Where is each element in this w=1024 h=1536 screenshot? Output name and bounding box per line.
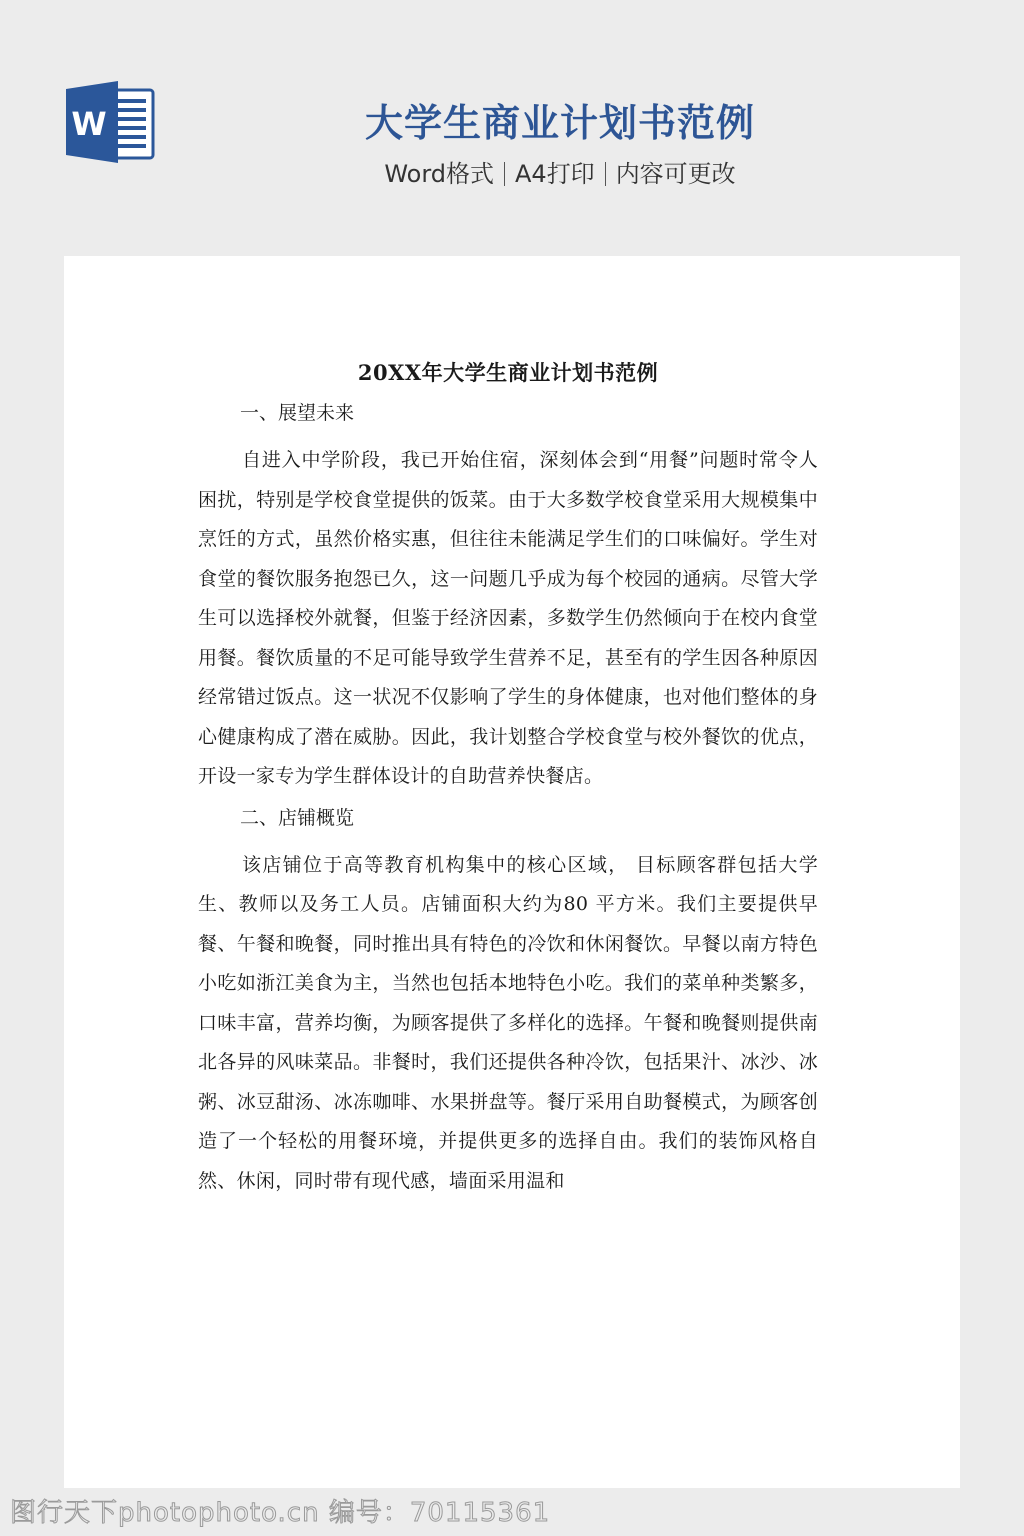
- section-heading: 二、店铺概览: [198, 803, 818, 833]
- subtitle-editable: 内容可更改: [616, 160, 736, 188]
- subtitle-divider: [504, 162, 505, 186]
- section-paragraph: 自进入中学阶段，我已开始住宿，深刻体会到“用餐”问题时常令人困扰，特别是学校食堂…: [198, 441, 818, 797]
- subtitle-format: Word格式: [384, 160, 494, 188]
- document-page: 20XX年大学生商业计划书范例 一、展望未来 自进入中学阶段，我已开始住宿，深刻…: [64, 256, 960, 1488]
- subtitle-print: A4打印: [515, 160, 595, 188]
- section-heading: 一、展望未来: [198, 398, 818, 428]
- svg-text:W: W: [71, 105, 106, 143]
- subtitle-divider: [605, 162, 606, 186]
- document-title: 20XX年大学生商业计划书范例: [198, 358, 818, 388]
- header-title: 大学生商业计划书范例: [340, 92, 780, 147]
- word-document-icon: W: [64, 80, 156, 164]
- header-subtitle: Word格式A4打印内容可更改: [340, 154, 780, 189]
- section-paragraph: 该店铺位于高等教育机构集中的核心区域， 目标顾客群包括大学生、教师以及务工人员。…: [198, 846, 818, 1202]
- document-body: 20XX年大学生商业计划书范例 一、展望未来 自进入中学阶段，我已开始住宿，深刻…: [198, 358, 818, 1207]
- watermark-text: 图行天下photophoto.cn 编号：70115361: [10, 1492, 550, 1529]
